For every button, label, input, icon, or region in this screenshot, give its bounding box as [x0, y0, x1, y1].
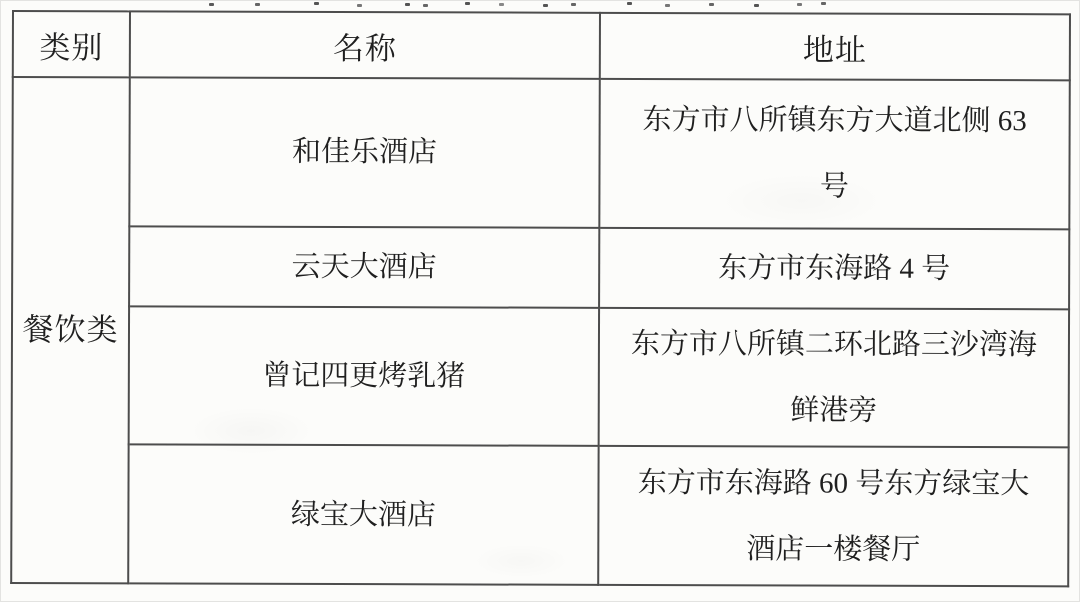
address-cell: 东方市八所镇东方大道北侧 63 号 [599, 79, 1069, 229]
category-cell: 餐饮类 [11, 77, 130, 583]
table-row: 曾记四更烤乳猪 东方市八所镇二环北路三沙湾海 鲜港旁 [12, 306, 1069, 448]
header-name: 名称 [130, 11, 600, 78]
address-cell: 东方市东海路 4 号 [599, 227, 1069, 309]
scanned-document-page: 类别 名称 地址 餐饮类 和佳乐酒店 东方市八所镇东方大道北侧 63 号 云天大… [0, 0, 1080, 602]
cropped-title-remnant [209, 3, 214, 6]
name-cell: 曾记四更烤乳猪 [129, 306, 599, 446]
restaurant-directory-table: 类别 名称 地址 餐饮类 和佳乐酒店 东方市八所镇东方大道北侧 63 号 云天大… [10, 10, 1071, 587]
header-category: 类别 [13, 11, 130, 77]
header-address: 地址 [600, 13, 1070, 80]
address-cell: 东方市东海路 60 号东方绿宝大 酒店一楼餐厅 [598, 446, 1068, 586]
name-cell: 和佳乐酒店 [129, 77, 599, 227]
table-row: 餐饮类 和佳乐酒店 东方市八所镇东方大道北侧 63 号 [12, 77, 1069, 229]
address-cell: 东方市八所镇二环北路三沙湾海 鲜港旁 [599, 308, 1069, 448]
table-row: 绿宝大酒店 东方市东海路 60 号东方绿宝大 酒店一楼餐厅 [11, 444, 1068, 586]
table-row: 云天大酒店 东方市东海路 4 号 [12, 226, 1069, 310]
table-header-row: 类别 名称 地址 [13, 11, 1070, 80]
name-cell: 绿宝大酒店 [128, 445, 598, 585]
name-cell: 云天大酒店 [129, 226, 599, 308]
